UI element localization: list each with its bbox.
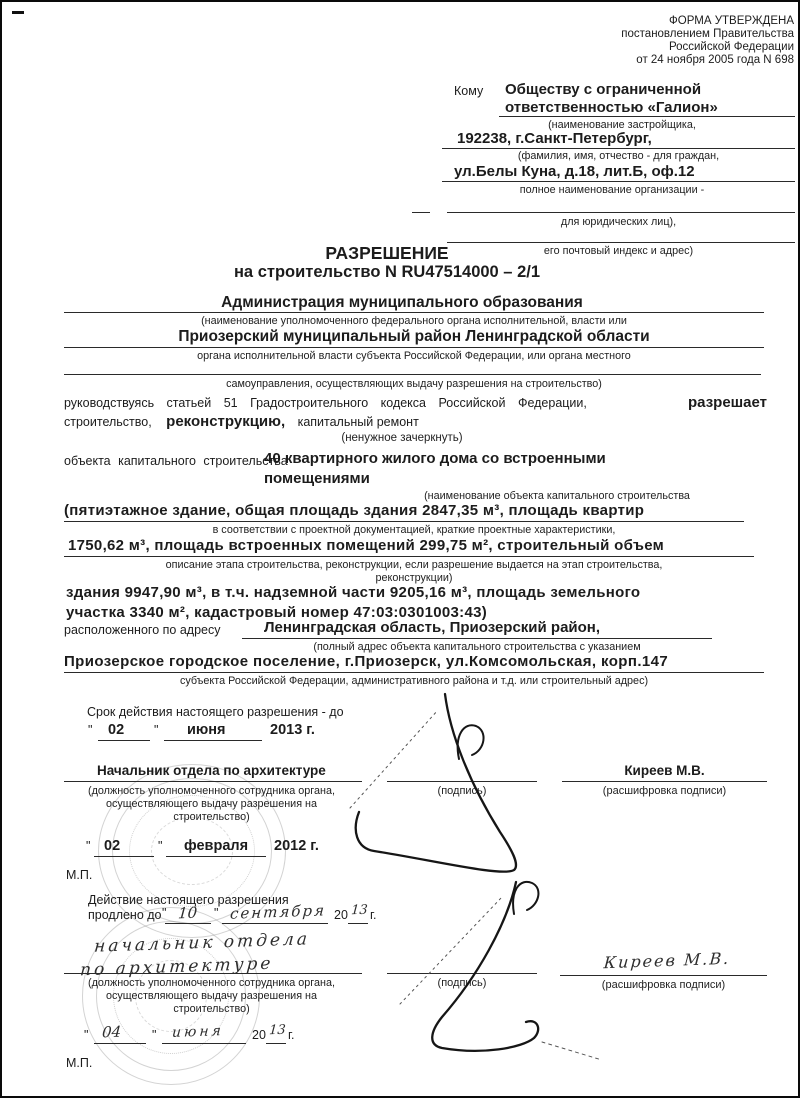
sign1-date-year: 2012 г. — [274, 838, 319, 855]
blank-line — [64, 374, 761, 375]
sign1-signature-caption: (подпись) — [387, 785, 537, 798]
authority-caption-3: самоуправления, осуществляющих выдачу ра… — [64, 378, 764, 390]
recipient-address-line2: ул.Белы Куна, д.18, лит.Б, оф.12 — [454, 163, 695, 180]
validity-day: 02 — [108, 722, 124, 739]
to-label: Кому — [454, 84, 483, 98]
sign2-date-month-handwritten: июня — [171, 1023, 224, 1041]
sign1-position-caption-2: осуществляющего выдачу разрешения на — [64, 798, 359, 810]
quote-mark: " — [88, 723, 92, 737]
recipient-name-line1: Обществу с ограниченной — [505, 81, 701, 98]
approval-line: Российской Федерации — [432, 41, 794, 54]
sign1-name-caption: (расшифровка подписи) — [562, 785, 767, 798]
sign2-name-caption: (расшифровка подписи) — [560, 979, 767, 992]
page-subtitle: на строительство N RU47514000 – 2/1 — [2, 263, 772, 282]
underline — [94, 1043, 146, 1044]
sign2-date-year-handwritten: 13 — [268, 1024, 286, 1040]
extension-month-handwritten: сентября — [229, 902, 326, 923]
permit-reconstruction-text: реконструкцию, — [166, 413, 285, 430]
blank-line — [412, 212, 430, 213]
sign2-signature-caption: (подпись) — [387, 977, 537, 990]
sign1-position-caption-3: строительство) — [64, 811, 359, 823]
authority-name-1: Администрация муниципального образования — [32, 294, 772, 312]
recipient-address-line1: 192238, г.Санкт-Петербург, — [457, 130, 652, 147]
quote-mark: " — [154, 723, 158, 737]
quote-mark: " — [158, 839, 162, 853]
underline — [562, 781, 767, 782]
location-address-1: Ленинградская область, Приозерский район… — [264, 619, 600, 636]
sign2-date-day-handwritten: 04 — [101, 1024, 121, 1042]
scan-artifact — [12, 11, 24, 14]
underline — [442, 181, 795, 182]
quote-mark: " — [162, 906, 166, 920]
extension-day-handwritten: 10 — [177, 905, 197, 923]
approval-line: постановлением Правительства — [432, 28, 794, 41]
sign2-date-century: 20 — [252, 1028, 266, 1042]
sign1-position-title: Начальник отдела по архитектуре — [97, 763, 326, 779]
underline — [64, 521, 744, 522]
recipient-caption-legal: для юридических лиц), — [442, 216, 795, 228]
underline — [64, 781, 362, 782]
sign1-stamp-place-label: М.П. — [66, 868, 92, 882]
strike-note: (ненужное зачеркнуть) — [202, 432, 602, 445]
underline — [560, 975, 767, 976]
underline — [162, 1043, 246, 1044]
approval-line: от 24 ноября 2005 года N 698 — [432, 54, 794, 67]
validity-label: Срок действия настоящего разрешения - до — [87, 705, 344, 719]
underline — [64, 556, 754, 557]
underline — [164, 740, 262, 741]
recipient-name-line2: ответственностью «Галион» — [505, 99, 718, 116]
permit-document-page: ФОРМА УТВЕРЖДЕНА постановлением Правител… — [0, 0, 800, 1098]
sign2-date-year-suffix: г. — [288, 1028, 295, 1042]
underline — [166, 856, 266, 857]
location-caption-2: субъекта Российской Федерации, администр… — [64, 675, 764, 687]
specs-line-3: здания 9947,90 м³, в т.ч. надземной част… — [66, 584, 640, 601]
quote-mark: " — [86, 839, 90, 853]
extension-year-handwritten: 13 — [350, 904, 368, 920]
underline — [64, 672, 764, 673]
extension-line-2: продлено до — [88, 908, 162, 922]
permit-line-1: руководствуясь статьей 51 Градостроитель… — [64, 394, 767, 411]
underline — [94, 856, 154, 857]
validity-month: июня — [187, 722, 226, 739]
signature-stroke-1 — [350, 694, 516, 872]
specs-caption-3: реконструкции) — [64, 572, 764, 584]
sign1-position-caption-1: (должность уполномоченного сотрудника ор… — [64, 785, 359, 797]
recipient-caption-org: полное наименование организации - — [432, 184, 792, 196]
approval-note: ФОРМА УТВЕРЖДЕНА постановлением Правител… — [432, 15, 794, 67]
underline — [266, 1043, 286, 1044]
permit-repair-text: капитальный ремонт — [298, 415, 419, 429]
extension-year-suffix: г. — [370, 908, 377, 922]
extension-century: 20 — [334, 908, 348, 922]
underline — [499, 116, 795, 117]
underline — [98, 740, 150, 741]
underline — [64, 312, 764, 313]
specs-caption-1: в соответствии с проектной документацией… — [64, 524, 764, 536]
sign1-date-month: февраля — [184, 838, 248, 855]
blank-line — [447, 212, 795, 213]
specs-line-1: (пятиэтажное здание, общая площадь здани… — [64, 502, 644, 519]
permit-construction-text: строительство, — [64, 415, 152, 429]
underline — [222, 923, 328, 924]
object-name-line2: помещениями — [264, 470, 370, 487]
specs-caption-2: описание этапа строительства, реконструк… — [64, 559, 764, 571]
location-address-2: Приозерское городское поселение, г.Приоз… — [64, 653, 668, 670]
permit-allows-text: разрешает — [688, 394, 767, 411]
sign2-position-caption-2: осуществляющего выдачу разрешения на — [64, 990, 359, 1002]
permit-guided-text: руководствуясь статьей 51 Градостроитель… — [64, 396, 587, 410]
approval-line: ФОРМА УТВЕРЖДЕНА — [432, 15, 794, 28]
underline — [64, 347, 764, 348]
sign2-position-caption-3: строительство) — [64, 1003, 359, 1015]
underline — [442, 148, 795, 149]
quote-mark: " — [214, 906, 218, 920]
location-label: расположенного по адресу — [64, 623, 220, 637]
underline — [387, 973, 537, 974]
underline — [242, 638, 712, 639]
authority-name-2: Приозерский муниципальный район Ленингра… — [64, 328, 764, 346]
sign1-name: Киреев М.В. — [562, 763, 767, 779]
quote-mark: " — [152, 1028, 156, 1042]
authority-caption-1: (наименование уполномоченного федерально… — [64, 315, 764, 327]
sign2-name-handwritten: Киреев М.В. — [566, 948, 767, 973]
sign2-position-caption-1: (должность уполномоченного сотрудника ор… — [64, 977, 359, 989]
validity-year: 2013 г. — [270, 722, 315, 739]
underline — [387, 781, 537, 782]
specs-line-2: 1750,62 м³, площадь встроенных помещений… — [68, 537, 664, 554]
sign2-stamp-place-label: М.П. — [66, 1056, 92, 1070]
page-title: РАЗРЕШЕНИЕ — [2, 243, 772, 263]
permit-line-2: строительство, реконструкцию, капитальны… — [64, 413, 419, 431]
underline — [64, 973, 362, 974]
object-name-line1: 40 квартирного жилого дома со встроенным… — [264, 450, 606, 467]
object-label: объекта капитального строительства — [64, 454, 288, 468]
sign1-date-day: 02 — [104, 838, 120, 855]
quote-mark: " — [84, 1028, 88, 1042]
authority-caption-2: органа исполнительной власти субъекта Ро… — [64, 350, 764, 362]
object-caption: (наименование объекта капитального строи… — [342, 490, 772, 502]
location-caption-1: (полный адрес объекта капитального строи… — [242, 641, 712, 653]
recipient-caption-person: (фамилия, имя, отчество - для граждан, — [442, 150, 795, 162]
underline — [348, 923, 368, 924]
underline — [165, 923, 211, 924]
